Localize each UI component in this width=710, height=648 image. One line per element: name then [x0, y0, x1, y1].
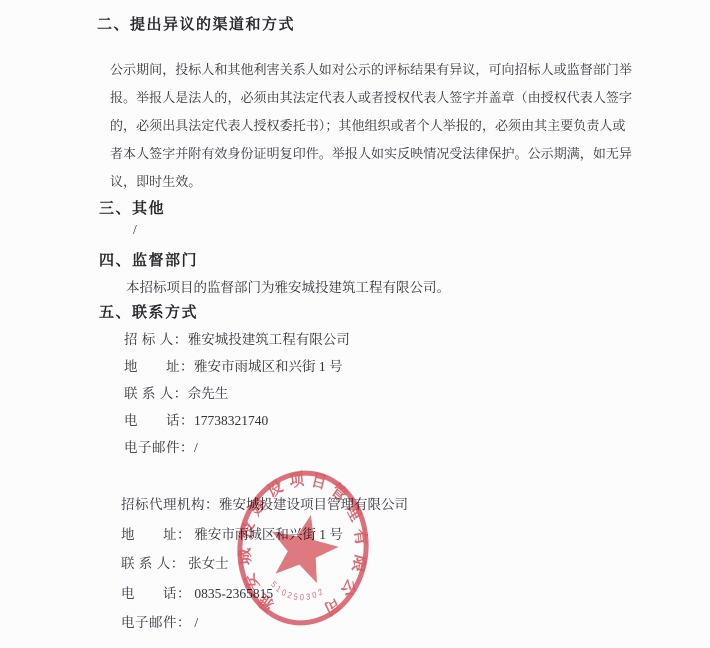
row-value: 张女士 — [185, 556, 229, 571]
contact-row-agency-email: 电子邮件： / — [121, 608, 408, 638]
contact-row-agency-phone: 电 话： 0835-2365815 — [121, 579, 408, 609]
contact-row-tenderer-name: 招 标 人：雅安城投建筑工程有限公司 — [124, 326, 350, 353]
contact-row-agency-address: 地 址： 雅安市雨城区和兴街 1 号 — [121, 520, 408, 550]
section-heading-supervision: 四、监督部门 — [99, 249, 198, 270]
paragraph-line: 议，即时生效。 — [110, 168, 630, 196]
row-value: 雅安市雨城区和兴街 1 号 — [191, 527, 343, 542]
paragraph-line: 者本人签字并附有效身份证明复印件。举报人如实反映情况受法律保护。公示期满，如无异 — [110, 140, 630, 168]
row-label: 地 址： — [121, 527, 191, 542]
row-label: 电 话： — [121, 586, 191, 601]
paragraph-line: 报。举报人是法人的，必须由其法定代表人或者授权代表人签字并盖章（由授权代表人签字 — [110, 84, 630, 112]
row-value: / — [194, 440, 198, 455]
paragraph-line: 的，必须出具法定代表人授权委托书）；其他组织或者个人举报的，必须由其主要负责人或 — [110, 112, 630, 140]
contact-row-tenderer-email: 电子邮件：/ — [124, 434, 350, 461]
paragraph-line: 公示期间，投标人和其他利害关系人如对公示的评标结果有异议，可向招标人或监督部门举 — [110, 56, 630, 84]
row-label: 招标代理机构： — [121, 497, 219, 512]
contact-row-tenderer-person: 联 系 人：佘先生 — [124, 380, 350, 407]
row-value: 雅安城投建筑工程有限公司 — [188, 332, 350, 347]
row-label: 电子邮件： — [121, 615, 191, 630]
other-content: / — [133, 222, 137, 238]
section-heading-objection: 二、提出异议的渠道和方式 — [97, 13, 295, 34]
section-heading-other: 三、其他 — [99, 197, 165, 218]
contact-row-agency-name: 招标代理机构：雅安城投建设项目管理有限公司 — [121, 490, 408, 520]
objection-paragraph: 公示期间，投标人和其他利害关系人如对公示的评标结果有异议，可向招标人或监督部门举… — [110, 56, 630, 196]
agency-contact-block: 招标代理机构：雅安城投建设项目管理有限公司 地 址： 雅安市雨城区和兴街 1 号… — [121, 490, 408, 638]
row-label: 地 址： — [124, 359, 194, 374]
row-label: 联 系 人： — [124, 386, 188, 401]
document-page: 二、提出异议的渠道和方式 公示期间，投标人和其他利害关系人如对公示的评标结果有异… — [0, 0, 710, 648]
section-heading-contact: 五、联系方式 — [99, 301, 198, 322]
contact-row-tenderer-phone: 电 话：17738321740 — [124, 407, 350, 434]
row-label: 招 标 人： — [124, 332, 188, 347]
row-value: 0835-2365815 — [191, 586, 273, 601]
contact-row-agency-person: 联 系 人： 张女士 — [121, 549, 408, 579]
row-value: 佘先生 — [188, 386, 229, 401]
row-value: 雅安城投建设项目管理有限公司 — [219, 497, 408, 512]
row-label: 联 系 人： — [121, 556, 185, 571]
tenderer-contact-block: 招 标 人：雅安城投建筑工程有限公司 地 址：雅安市雨城区和兴街 1 号 联 系… — [124, 326, 350, 461]
row-label: 电子邮件： — [124, 440, 194, 455]
contact-row-tenderer-address: 地 址：雅安市雨城区和兴街 1 号 — [124, 353, 350, 380]
row-label: 电 话： — [124, 413, 194, 428]
row-value: / — [191, 615, 198, 630]
supervision-content: 本招标项目的监督部门为雅安城投建筑工程有限公司。 — [126, 276, 450, 296]
row-value: 雅安市雨城区和兴街 1 号 — [194, 359, 343, 374]
row-value: 17738321740 — [194, 413, 268, 428]
